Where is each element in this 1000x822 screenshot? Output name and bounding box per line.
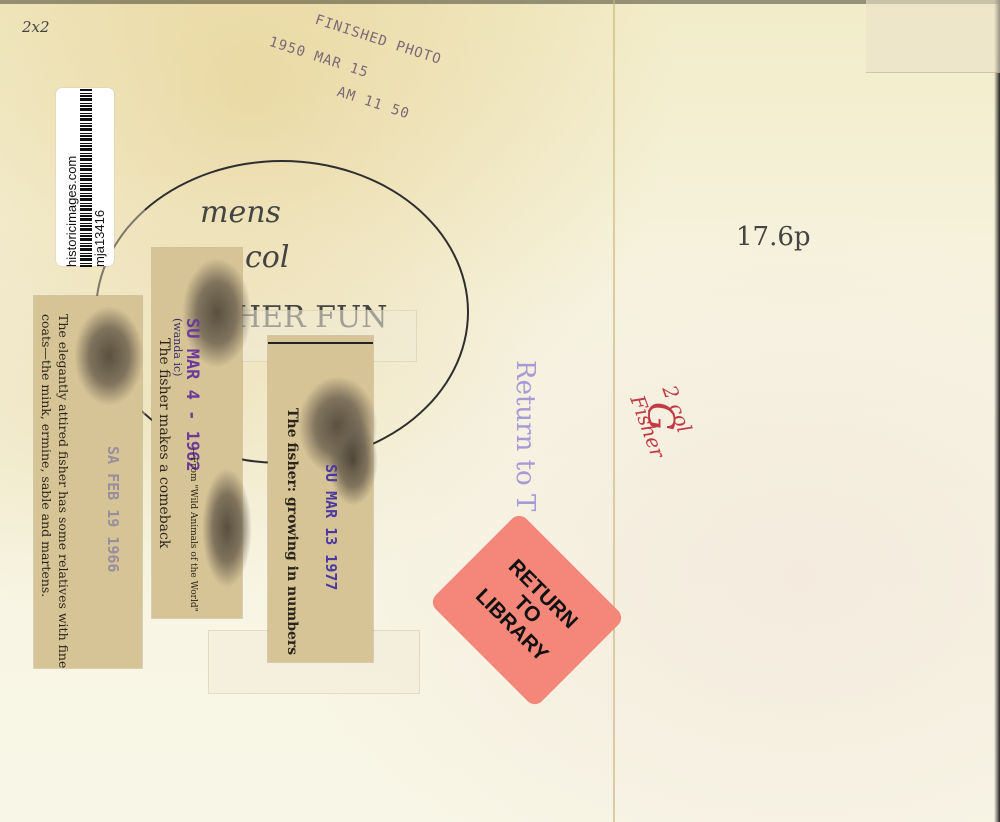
return-to-stamp: Return to T (510, 360, 540, 511)
clipping-1-caption: The elegantly attired fisher has some re… (38, 314, 72, 674)
barcode-icon (80, 89, 92, 267)
clipping-2-handwritten-note: (wanda ic) (171, 318, 184, 376)
fisher-photo-fragment (202, 468, 252, 588)
clipping-3-caption: The fisher: growing in numbers (284, 408, 300, 655)
news-clipping-2: SU MAR 4 - 1962 (wanda ic) The fisher ma… (152, 248, 242, 618)
clipping-2-credit: —From "Wild Animals of the World" (188, 448, 198, 612)
photo-verso-scan: 2x2 FINISHED PHOTO 1950 MAR 15 AM 11 50 … (0, 0, 1000, 822)
scan-right-edge (994, 0, 1000, 822)
clipping-rule (268, 342, 373, 344)
tape-top-right (866, 0, 1000, 73)
news-clipping-1: The elegantly attired fisher has some re… (34, 296, 142, 668)
paper-crease-line (613, 0, 615, 822)
news-clipping-3: The fisher: growing in numbers SU MAR 13… (268, 336, 373, 662)
finished-photo-stamp-time: AM 11 50 (335, 84, 412, 123)
clipping-1-date-stamp: SA FEB 19 1966 (104, 446, 122, 572)
pencil-note-line1: mens (200, 195, 281, 230)
return-to-library-label: RETURN TO LIBRARY (429, 512, 626, 709)
pencil-measurement-note: 17.6p (736, 222, 811, 252)
clipping-2-caption: The fisher makes a comeback (156, 338, 172, 548)
barcode-id-text: mja13416 (93, 89, 107, 267)
barcode-site-text: historicimages.com (65, 89, 79, 267)
barcode-label: historicimages.com mja13416 (56, 88, 114, 266)
clipping-3-date-stamp: SU MAR 13 1977 (322, 464, 340, 590)
scan-top-edge (0, 0, 1000, 4)
fisher-photo-fragment (74, 306, 144, 406)
pencil-size-note: 2x2 (22, 18, 50, 36)
